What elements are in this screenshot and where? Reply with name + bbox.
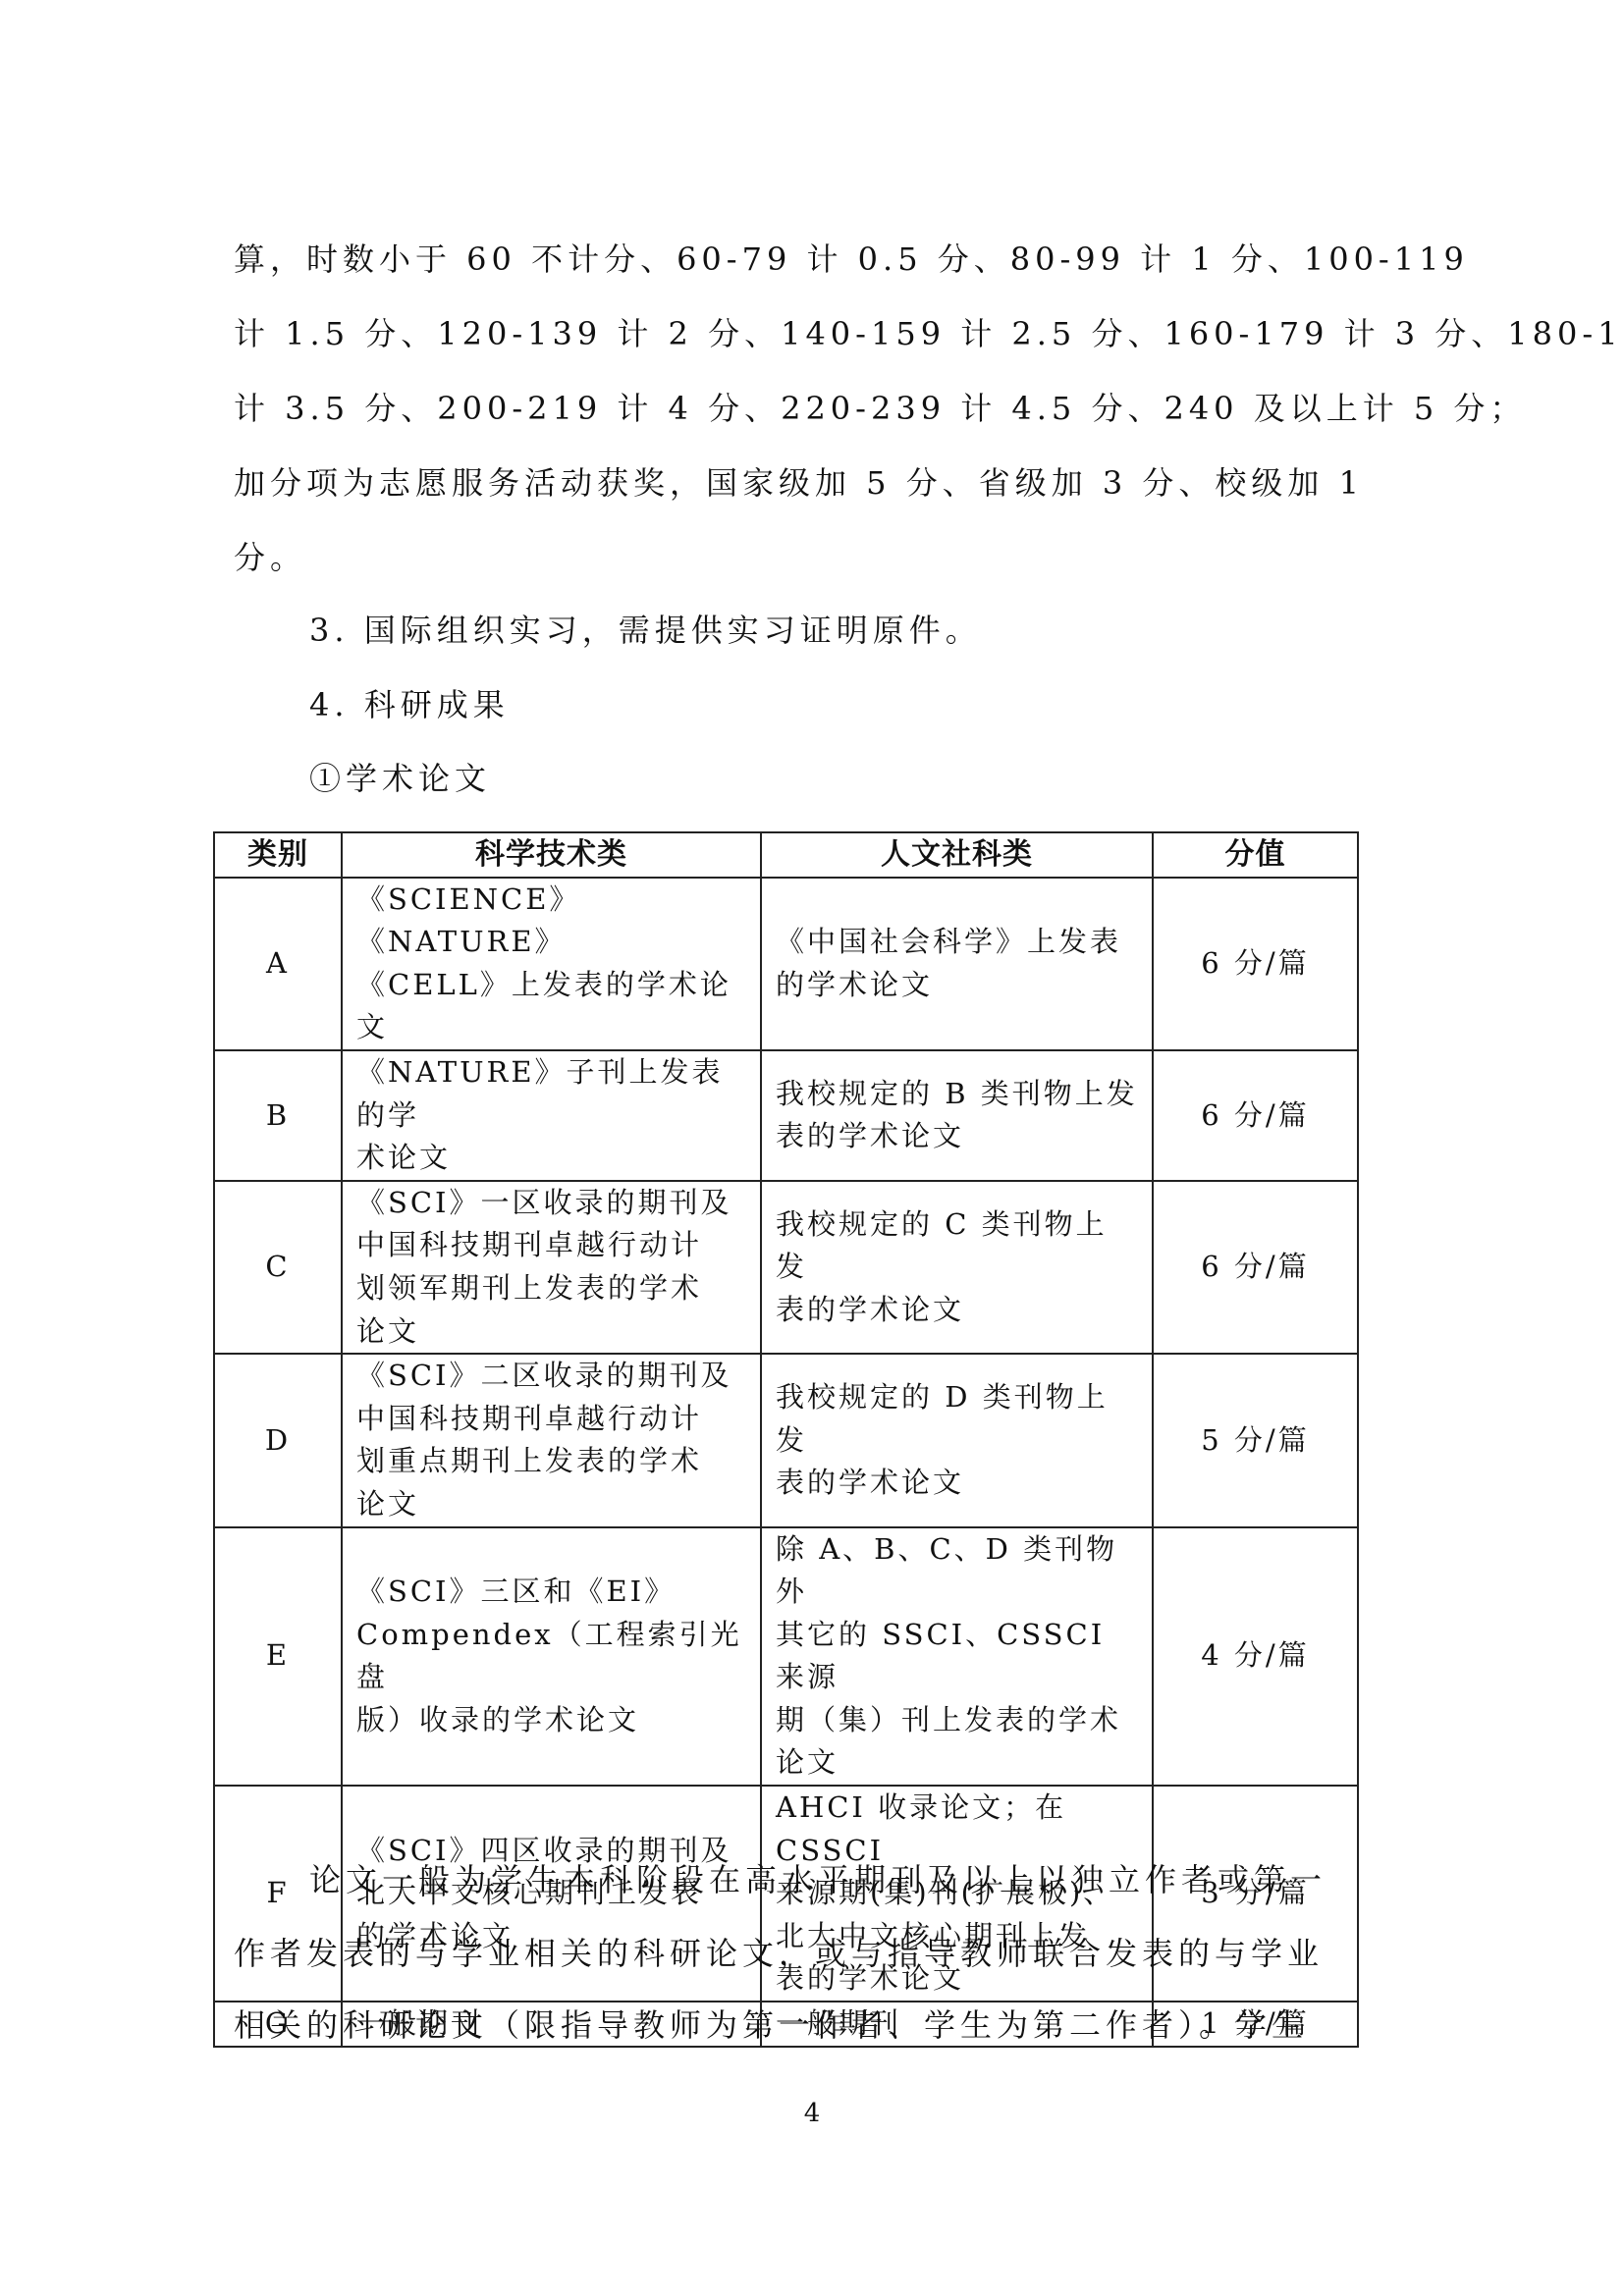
cell-science: 《SCI》一区收录的期刊及 中国科技期刊卓越行动计 划领军期刊上发表的学术 论文 (342, 1181, 761, 1354)
paragraph-line: 加分项为志愿服务活动获奖，国家级加 5 分、省级加 3 分、校级加 1 (234, 461, 1392, 505)
cell-score: 5 分/篇 (1153, 1354, 1358, 1526)
header-category: 类别 (214, 832, 342, 878)
table-row: B 《NATURE》子刊上发表的学 术论文 我校规定的 B 类刊物上发 表的学术… (214, 1050, 1358, 1181)
table-header-row: 类别 科学技术类 人文社科类 分值 (214, 832, 1358, 878)
item-international-internship: 3. 国际组织实习，需提供实习证明原件。 (309, 609, 1468, 652)
cell-category: B (214, 1050, 342, 1181)
header-humanities: 人文社科类 (761, 832, 1153, 878)
header-science: 科学技术类 (342, 832, 761, 878)
cell-score: 4 分/篇 (1153, 1527, 1358, 1787)
cell-category: E (214, 1527, 342, 1787)
paragraph-line: 计 3.5 分、200-219 计 4 分、220-239 计 4.5 分、24… (234, 387, 1392, 430)
paragraph-line: 分。 (234, 536, 1392, 579)
cell-humanities: 《中国社会科学》上发表 的学术论文 (761, 878, 1153, 1050)
paragraph-line: 作者发表的与学业相关的科研论文，或与指导教师联合发表的与学业 (234, 1932, 1392, 1975)
cell-score: 6 分/篇 (1153, 878, 1358, 1050)
cell-score: 6 分/篇 (1153, 1181, 1358, 1354)
header-score: 分值 (1153, 832, 1358, 878)
paragraph-line: 算，时数小于 60 不计分、60-79 计 0.5 分、80-99 计 1 分、… (234, 238, 1392, 281)
table-row: E 《SCI》三区和《EI》 Compendex（工程索引光盘 版）收录的学术论… (214, 1527, 1358, 1787)
table-row: D 《SCI》二区收录的期刊及 中国科技期刊卓越行动计 划重点期刊上发表的学术 … (214, 1354, 1358, 1526)
paragraph-line: 相关的科研论文（限指导教师为第一作者、学生为第二作者）。学生 (234, 2003, 1392, 2047)
cell-science: 《SCIENCE》《NATURE》 《CELL》上发表的学术论文 (342, 878, 761, 1050)
cell-category: A (214, 878, 342, 1050)
sub-item-academic-papers: ①学术论文 (309, 757, 1468, 800)
paragraph-line: 计 1.5 分、120-139 计 2 分、140-159 计 2.5 分、16… (234, 312, 1392, 355)
page-number: 4 (0, 2099, 1624, 2128)
cell-humanities: 除 A、B、C、D 类刊物外 其它的 SSCI、CSSCI 来源 期（集）刊上发… (761, 1527, 1153, 1787)
table-row: C 《SCI》一区收录的期刊及 中国科技期刊卓越行动计 划领军期刊上发表的学术 … (214, 1181, 1358, 1354)
cell-humanities: 我校规定的 B 类刊物上发 表的学术论文 (761, 1050, 1153, 1181)
cell-science: 《SCI》二区收录的期刊及 中国科技期刊卓越行动计 划重点期刊上发表的学术 论文 (342, 1354, 761, 1526)
cell-science: 《NATURE》子刊上发表的学 术论文 (342, 1050, 761, 1181)
cell-category: D (214, 1354, 342, 1526)
cell-science: 《SCI》三区和《EI》 Compendex（工程索引光盘 版）收录的学术论文 (342, 1527, 761, 1787)
cell-category: C (214, 1181, 342, 1354)
cell-humanities: 我校规定的 C 类刊物上发 表的学术论文 (761, 1181, 1153, 1354)
paragraph-line: 论文一般为学生本科阶段在高水平期刊及以上以独立作者或第一 (309, 1858, 1468, 1901)
item-research-results: 4. 科研成果 (309, 683, 1468, 726)
table-row: A 《SCIENCE》《NATURE》 《CELL》上发表的学术论文 《中国社会… (214, 878, 1358, 1050)
cell-score: 6 分/篇 (1153, 1050, 1358, 1181)
cell-humanities: 我校规定的 D 类刊物上发 表的学术论文 (761, 1354, 1153, 1526)
